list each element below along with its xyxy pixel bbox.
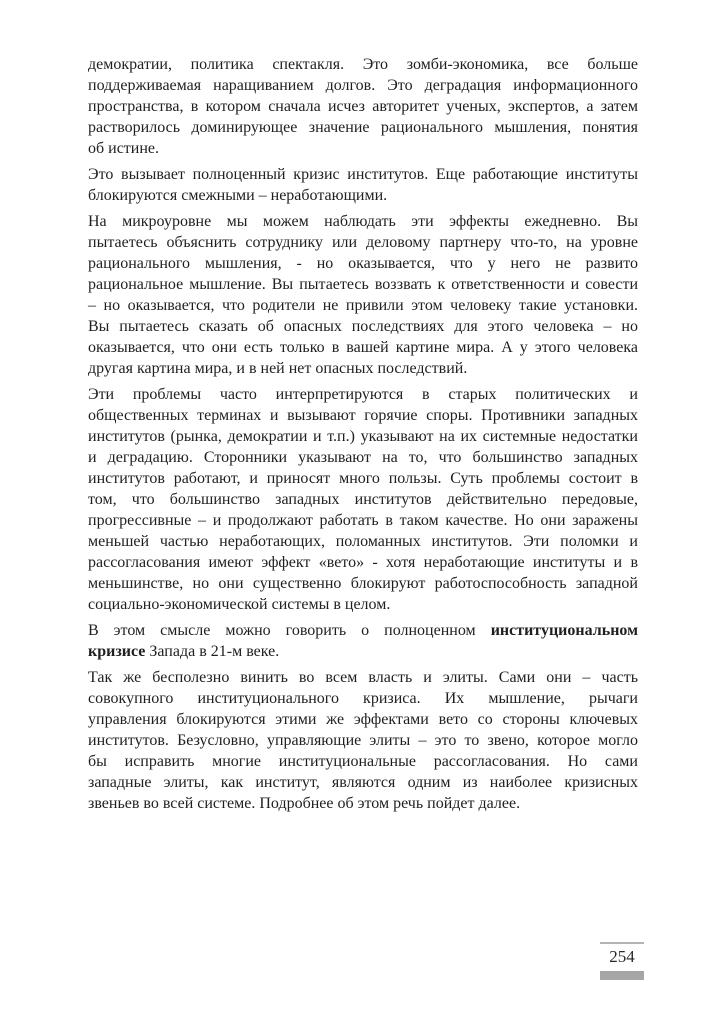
footer: 254 (600, 942, 644, 980)
body-text: На микроуровне мы можем наблюдать эти эф… (88, 213, 638, 230)
text-line: совокупного институционального кризиса. … (88, 688, 638, 709)
bold-text: кризисе (88, 643, 145, 660)
text-line: рационального мышления, - но оказывается… (88, 253, 638, 274)
text-line: меньшинстве, но они существенно блокирую… (88, 573, 638, 594)
text-line: Так же бесполезно винить во всем власть … (88, 667, 638, 688)
book-page: { "colors": { "background": "#ffffff", "… (0, 0, 725, 1024)
text-line: и деградацию. Сторонники указывают на то… (88, 447, 638, 468)
body-text: институтов работают, и приносят много по… (88, 470, 638, 487)
paragraph: демократии, политика спектакля. Это зомб… (88, 54, 638, 159)
text-line: Это вызывает полноценный кризис институт… (88, 164, 638, 185)
text-line: институтов работают, и приносят много по… (88, 468, 638, 489)
text-line: На микроуровне мы можем наблюдать эти эф… (88, 211, 638, 232)
body-text: Это вызывает полноценный кризис институт… (88, 166, 638, 183)
text-line: В этом смысле можно говорить о полноценн… (88, 620, 638, 641)
body-text: рациональное мышление. Вы пытаетесь возз… (88, 276, 638, 293)
body-text: западные элиты, как институт, являются о… (88, 774, 638, 791)
body-text: – но оказывается, что родители не привил… (88, 297, 638, 314)
text-line: – но оказывается, что родители не привил… (88, 295, 638, 316)
text-line: Эти проблемы часто интерпретируются в ст… (88, 384, 638, 405)
text-line: другая картина мира, и в ней нет опасных… (88, 358, 638, 379)
body-text: меньшинстве, но они существенно блокирую… (88, 575, 638, 592)
text-line: бы исправить многие институциональные ра… (88, 751, 638, 772)
body-text: том, что большинство западных институтов… (88, 491, 638, 508)
text-line: том, что большинство западных институтов… (88, 489, 638, 510)
body-text: Запада в 21-м веке. (145, 643, 279, 660)
text-line: управления блокируются этими же эффектам… (88, 709, 638, 730)
text-block: демократии, политика спектакля. Это зомб… (88, 54, 638, 819)
footer-rule (600, 942, 644, 944)
text-line: звеньев во всей системе. Подробнее об эт… (88, 793, 638, 814)
body-text: растворилось доминирующее значение рацио… (88, 119, 638, 136)
body-text: общественных терминах и вызывают горячие… (88, 407, 638, 424)
body-text: рационального мышления, - но оказывается… (88, 255, 638, 272)
body-text: прогрессивные – и продолжают работать в … (88, 512, 638, 529)
text-line: об истине. (88, 138, 638, 159)
text-line: оказывается, что они есть только в вашей… (88, 337, 638, 358)
body-text: звеньев во всей системе. Подробнее об эт… (88, 795, 520, 812)
body-text: бы исправить многие институциональные ра… (88, 753, 638, 770)
paragraph: Так же бесполезно винить во всем власть … (88, 667, 638, 814)
text-line: институтов. Безусловно, управляющие элит… (88, 730, 638, 751)
text-line: рассогласования имеют эффект «вето» - хо… (88, 552, 638, 573)
body-text: демократии, политика спектакля. Это зомб… (88, 56, 638, 73)
body-text: Вы пытаетесь сказать об опасных последст… (88, 318, 638, 335)
text-line: прогрессивные – и продолжают работать в … (88, 510, 638, 531)
footer-bar (600, 971, 644, 980)
paragraph: В этом смысле можно говорить о полноценн… (88, 620, 638, 662)
bold-text: институциональном (491, 622, 638, 639)
body-text: институтов. Безусловно, управляющие элит… (88, 732, 638, 749)
text-line: рациональное мышление. Вы пытаетесь возз… (88, 274, 638, 295)
text-line: социально-экономической системы в целом. (88, 594, 638, 615)
text-line: западные элиты, как институт, являются о… (88, 772, 638, 793)
body-text: рассогласования имеют эффект «вето» - хо… (88, 554, 638, 571)
text-line: общественных терминах и вызывают горячие… (88, 405, 638, 426)
body-text: другая картина мира, и в ней нет опасных… (88, 360, 467, 377)
paragraph: Эти проблемы часто интерпретируются в ст… (88, 384, 638, 615)
text-line: институтов (рынка, демократии и т.п.) ук… (88, 426, 638, 447)
text-line: кризисе Запада в 21-м веке. (88, 641, 638, 662)
text-line: пытаетесь объяснить сотруднику или делов… (88, 232, 638, 253)
body-text: совокупного институционального кризиса. … (88, 690, 638, 707)
text-line: пространства, в котором сначала исчез ав… (88, 96, 638, 117)
body-text: и деградацию. Сторонники указывают на то… (88, 449, 638, 466)
body-text: об истине. (88, 140, 159, 157)
body-text: пытаетесь объяснить сотруднику или делов… (88, 234, 638, 251)
text-line: растворилось доминирующее значение рацио… (88, 117, 638, 138)
text-line: поддерживаемая наращиванием долгов. Это … (88, 75, 638, 96)
body-text: пространства, в котором сначала исчез ав… (88, 98, 638, 115)
body-text: управления блокируются этими же эффектам… (88, 711, 638, 728)
text-line: демократии, политика спектакля. Это зомб… (88, 54, 638, 75)
page-number: 254 (600, 946, 644, 968)
body-text: социально-экономической системы в целом. (88, 596, 390, 613)
text-line: Вы пытаетесь сказать об опасных последст… (88, 316, 638, 337)
body-text: оказывается, что они есть только в вашей… (88, 339, 638, 356)
paragraph: Это вызывает полноценный кризис институт… (88, 164, 638, 206)
body-text: институтов (рынка, демократии и т.п.) ук… (88, 428, 638, 445)
body-text: блокируются смежными – неработающими. (88, 187, 387, 204)
body-text: поддерживаемая наращиванием долгов. Это … (88, 77, 638, 94)
text-line: меньшей частью неработающих, поломанных … (88, 531, 638, 552)
paragraph: На микроуровне мы можем наблюдать эти эф… (88, 211, 638, 379)
text-line: блокируются смежными – неработающими. (88, 185, 638, 206)
body-text: меньшей частью неработающих, поломанных … (88, 533, 638, 550)
body-text: Так же бесполезно винить во всем власть … (88, 669, 638, 686)
body-text: В этом смысле можно говорить о полноценн… (88, 622, 491, 639)
body-text: Эти проблемы часто интерпретируются в ст… (88, 386, 638, 403)
